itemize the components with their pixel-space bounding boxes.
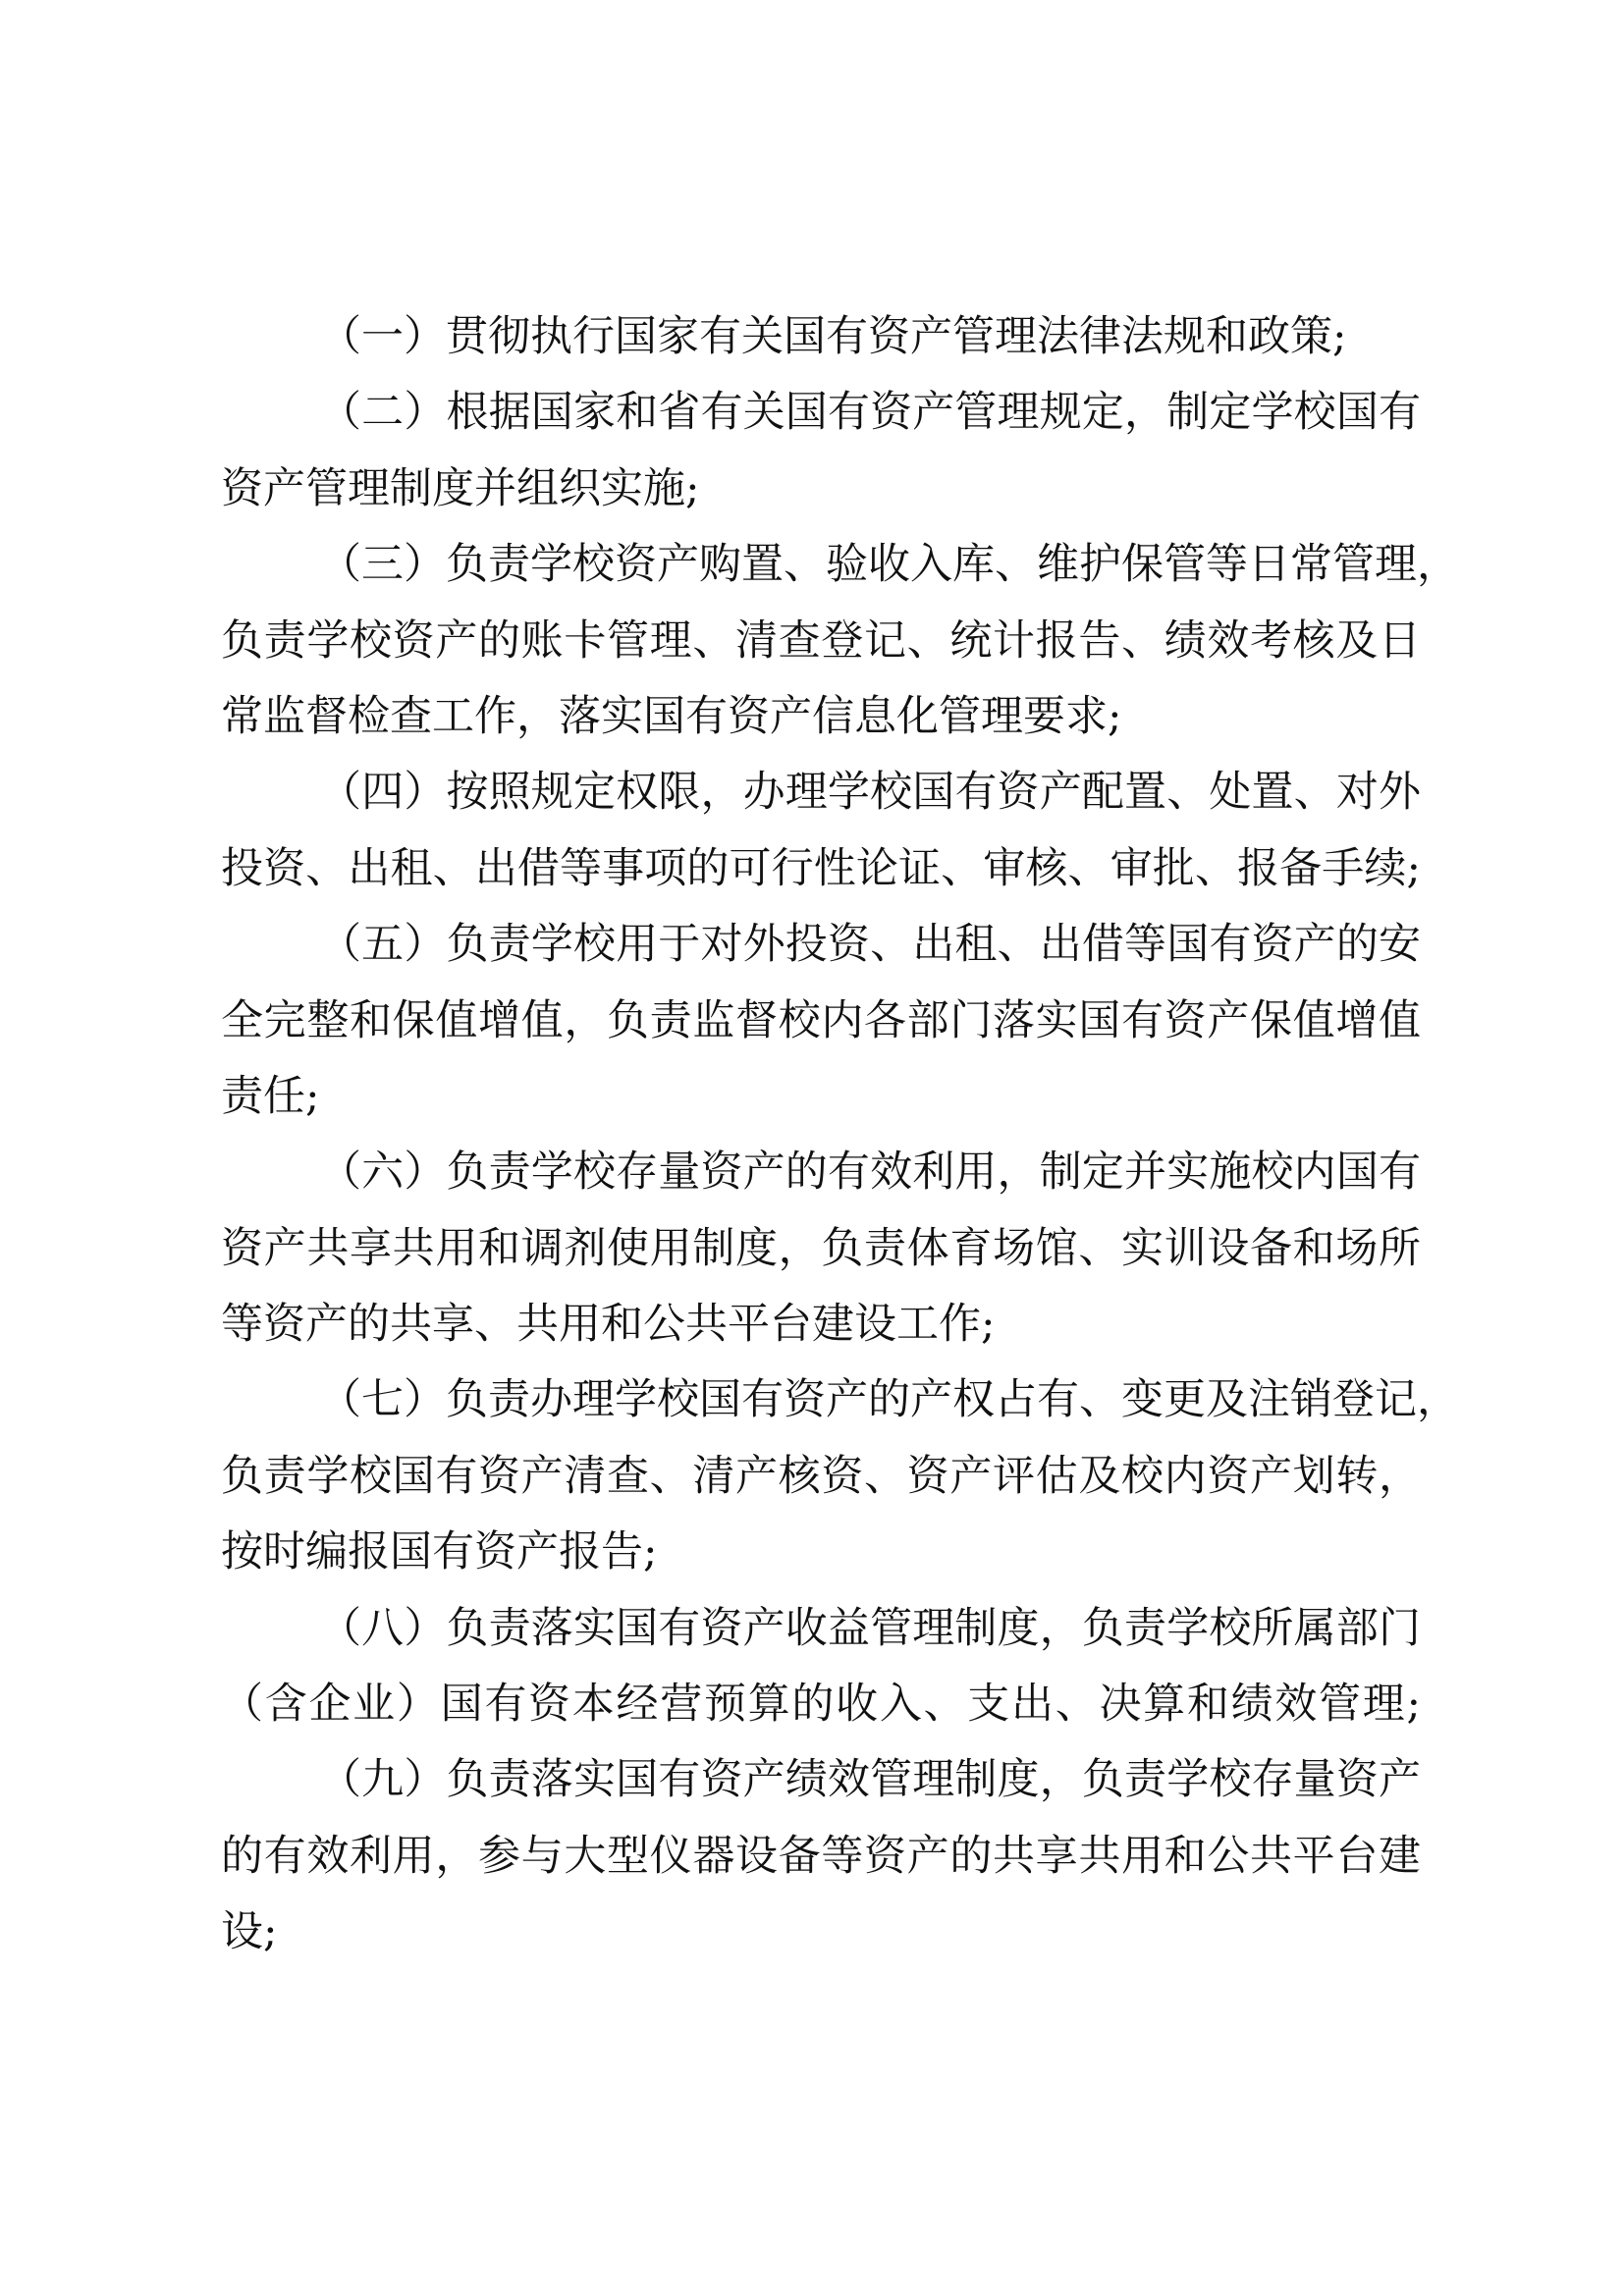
paragraph-line: 负责学校国有资产清查、清产核资、资产评估及校内资产划转， bbox=[221, 1439, 1421, 1515]
paragraph-line: （四）按照规定权限，办理学校国有资产配置、处置、对外 bbox=[221, 755, 1421, 830]
document-body: （一）贯彻执行国家有关国有资产管理法律法规和政策; （二）根据国家和省有关国有资… bbox=[221, 299, 1421, 1971]
paragraph-line: 资产管理制度并组织实施; bbox=[221, 452, 1421, 527]
paragraph-item-3: （三）负责学校资产购置、验收入库、维护保管等日常管理， 负责学校资产的账卡管理、… bbox=[221, 527, 1421, 755]
paragraph-item-6: （六）负责学校存量资产的有效利用，制定并实施校内国有 资产共享共用和调剂使用制度… bbox=[221, 1135, 1421, 1362]
paragraph-line: （八）负责落实国有资产收益管理制度，负责学校所属部门 bbox=[221, 1591, 1421, 1667]
paragraph-line: 负责学校资产的账卡管理、清查登记、统计报告、绩效考核及日 bbox=[221, 604, 1421, 679]
paragraph-item-8: （八）负责落实国有资产收益管理制度，负责学校所属部门 （含企业）国有资本经营预算… bbox=[221, 1591, 1421, 1743]
paragraph-line: 常监督检查工作，落实国有资产信息化管理要求; bbox=[221, 679, 1421, 755]
paragraph-line: 按时编报国有资产报告; bbox=[221, 1515, 1421, 1590]
paragraph-line: 设; bbox=[221, 1895, 1421, 1970]
document-page: （一）贯彻执行国家有关国有资产管理法律法规和政策; （二）根据国家和省有关国有资… bbox=[0, 0, 1624, 2296]
paragraph-line: （二）根据国家和省有关国有资产管理规定，制定学校国有 bbox=[221, 375, 1421, 451]
paragraph-line: 的有效利用，参与大型仪器设备等资产的共享共用和公共平台建 bbox=[221, 1819, 1421, 1895]
paragraph-line: （七）负责办理学校国有资产的产权占有、变更及注销登记， bbox=[221, 1362, 1421, 1438]
paragraph-line: 投资、出租、出借等事项的可行性论证、审核、审批、报备手续; bbox=[221, 831, 1421, 907]
paragraph-line: （含企业）国有资本经营预算的收入、支出、决算和绩效管理; bbox=[221, 1667, 1421, 1742]
paragraph-line: （一）贯彻执行国家有关国有资产管理法律法规和政策; bbox=[221, 299, 1421, 375]
paragraph-item-2: （二）根据国家和省有关国有资产管理规定，制定学校国有 资产管理制度并组织实施; bbox=[221, 375, 1421, 527]
paragraph-line: （三）负责学校资产购置、验收入库、维护保管等日常管理， bbox=[221, 527, 1421, 603]
paragraph-line: 责任; bbox=[221, 1059, 1421, 1135]
paragraph-line: （六）负责学校存量资产的有效利用，制定并实施校内国有 bbox=[221, 1135, 1421, 1210]
paragraph-item-7: （七）负责办理学校国有资产的产权占有、变更及注销登记， 负责学校国有资产清查、清… bbox=[221, 1362, 1421, 1590]
paragraph-item-4: （四）按照规定权限，办理学校国有资产配置、处置、对外 投资、出租、出借等事项的可… bbox=[221, 755, 1421, 907]
paragraph-line: 等资产的共享、共用和公共平台建设工作; bbox=[221, 1287, 1421, 1362]
paragraph-item-1: （一）贯彻执行国家有关国有资产管理法律法规和政策; bbox=[221, 299, 1421, 375]
paragraph-item-5: （五）负责学校用于对外投资、出租、出借等国有资产的安 全完整和保值增值，负责监督… bbox=[221, 907, 1421, 1135]
paragraph-item-9: （九）负责落实国有资产绩效管理制度，负责学校存量资产 的有效利用，参与大型仪器设… bbox=[221, 1742, 1421, 1970]
paragraph-line: 资产共享共用和调剂使用制度，负责体育场馆、实训设备和场所 bbox=[221, 1211, 1421, 1287]
paragraph-line: （九）负责落实国有资产绩效管理制度，负责学校存量资产 bbox=[221, 1742, 1421, 1818]
paragraph-line: （五）负责学校用于对外投资、出租、出借等国有资产的安 bbox=[221, 907, 1421, 983]
paragraph-line: 全完整和保值增值，负责监督校内各部门落实国有资产保值增值 bbox=[221, 984, 1421, 1059]
